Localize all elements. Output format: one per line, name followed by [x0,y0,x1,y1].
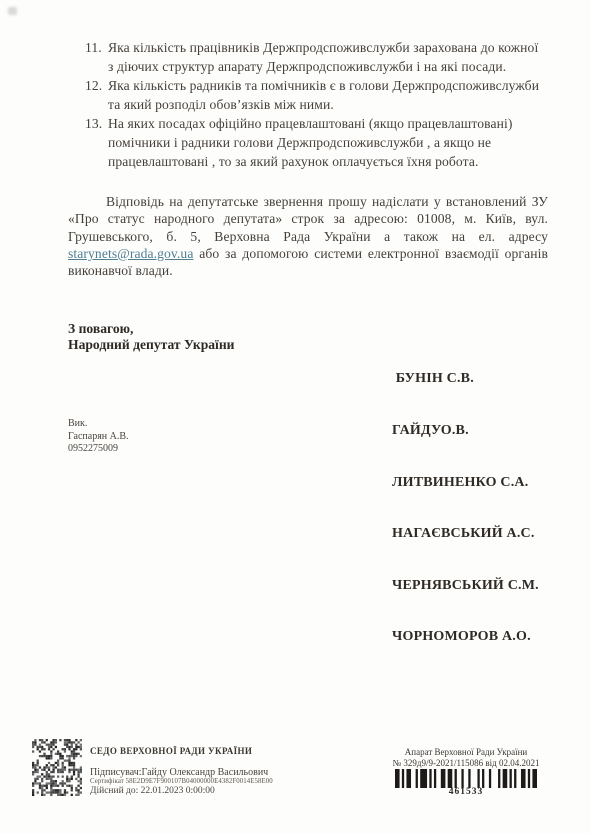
registration-office: Апарат Верховної Ради України [383,747,549,758]
executor-phone: 0952275009 [68,443,129,456]
question-text: з діючих структур апарату Держпродспожив… [85,57,553,76]
question-line: 11.Яка кількість працівників Держпродспо… [85,38,553,57]
paragraph-line: «Про статус народного депутата» строк за… [68,210,548,227]
question-item: 13.На яких посадах офіційно працевлаштов… [85,114,553,171]
question-text: помічники і радники голови Держпродспожи… [85,133,553,152]
question-text: та який розподіл обов’язків між ними. [85,95,553,114]
deputy-name: ЧОРНОМОРОВ А.О. [392,628,539,645]
deputy-name: ЧЕРНЯВСЬКИЙ С.М. [392,577,539,594]
question-line: 13.На яких посадах офіційно працевлаштов… [85,114,553,133]
paragraph-text: або за допомогою системи електронної вза… [193,246,548,261]
sedo-valid-until: Дійсний до: 22.01.2023 0:00:00 [90,786,330,796]
executor-name: Гаспарян А.В. [68,431,129,444]
deputy-name: ГАЙДУО.В. [392,422,539,439]
sedo-certificate: Сертифікат 58E2D9E7F900107B04000000E4382… [90,778,330,785]
question-list: 11.Яка кількість працівників Держпродспо… [85,38,553,171]
paragraph-line: Відповідь на депутатське звернення прошу… [68,193,548,210]
question-text: На яких посадах офіційно працевлаштовані… [108,116,512,131]
question-item: 11.Яка кількість працівників Держпродспо… [85,38,553,76]
executor-label: Вик. [68,418,129,431]
executor-block: Вик. Гаспарян А.В. 0952275009 [68,418,129,456]
sedo-signer: Підписувач:Гайду Олександр Васильович [90,767,330,778]
scan-artifact-smudge [8,7,17,15]
paragraph-line: Грушевського, б. 5, Верховна Рада Україн… [68,228,548,245]
deputy-name: БУНІН С.В. [392,370,539,387]
question-item: 12.Яка кількість радників та помічників … [85,76,553,114]
question-number: 12. [85,76,108,95]
sedo-system-title: СЕДО ВЕРХОВНОЇ РАДИ УКРАЇНИ [90,746,330,756]
deputy-name-list: БУНІН С.В. ГАЙДУО.В. ЛИТВИНЕНКО С.А. НАГ… [392,336,539,680]
registration-number: № 329д9/9-2021/115086 від 02.04.2021 [383,758,549,769]
question-number: 13. [85,114,108,133]
question-number: 11. [85,38,108,57]
reply-paragraph: Відповідь на депутатське звернення прошу… [68,193,548,279]
qr-code [32,739,82,796]
deputy-name: НАГАЄВСЬКИЙ А.С. [392,525,539,542]
question-text: Яка кількість працівників Держпродспожив… [108,40,538,55]
barcode-digits: 461533 [383,787,549,798]
deputy-name: ЛИТВИНЕНКО С.А. [392,474,539,491]
barcode [395,769,537,788]
signer-role: Народний депутат України [68,337,235,353]
question-text: працевлаштовані , то за який рахунок опл… [85,152,553,171]
question-text: Яка кількість радників та помічників є в… [108,78,539,93]
scanned-letter-page: 11.Яка кількість працівників Держпродспо… [0,0,590,834]
signature-closing: З повагою, Народний депутат України [68,321,235,353]
paragraph-line: виконавчої влади. [68,262,548,279]
paragraph-line: starynets@rada.gov.ua або за допомогою с… [68,245,548,262]
registration-stamp: Апарат Верховної Ради України № 329д9/9-… [383,747,549,798]
salutation: З повагою, [68,321,235,337]
question-line: 12.Яка кількість радників та помічників … [85,76,553,95]
sedo-stamp: СЕДО ВЕРХОВНОЇ РАДИ УКРАЇНИ Підписувач:Г… [90,746,330,796]
email-link[interactable]: starynets@rada.gov.ua [68,246,193,261]
